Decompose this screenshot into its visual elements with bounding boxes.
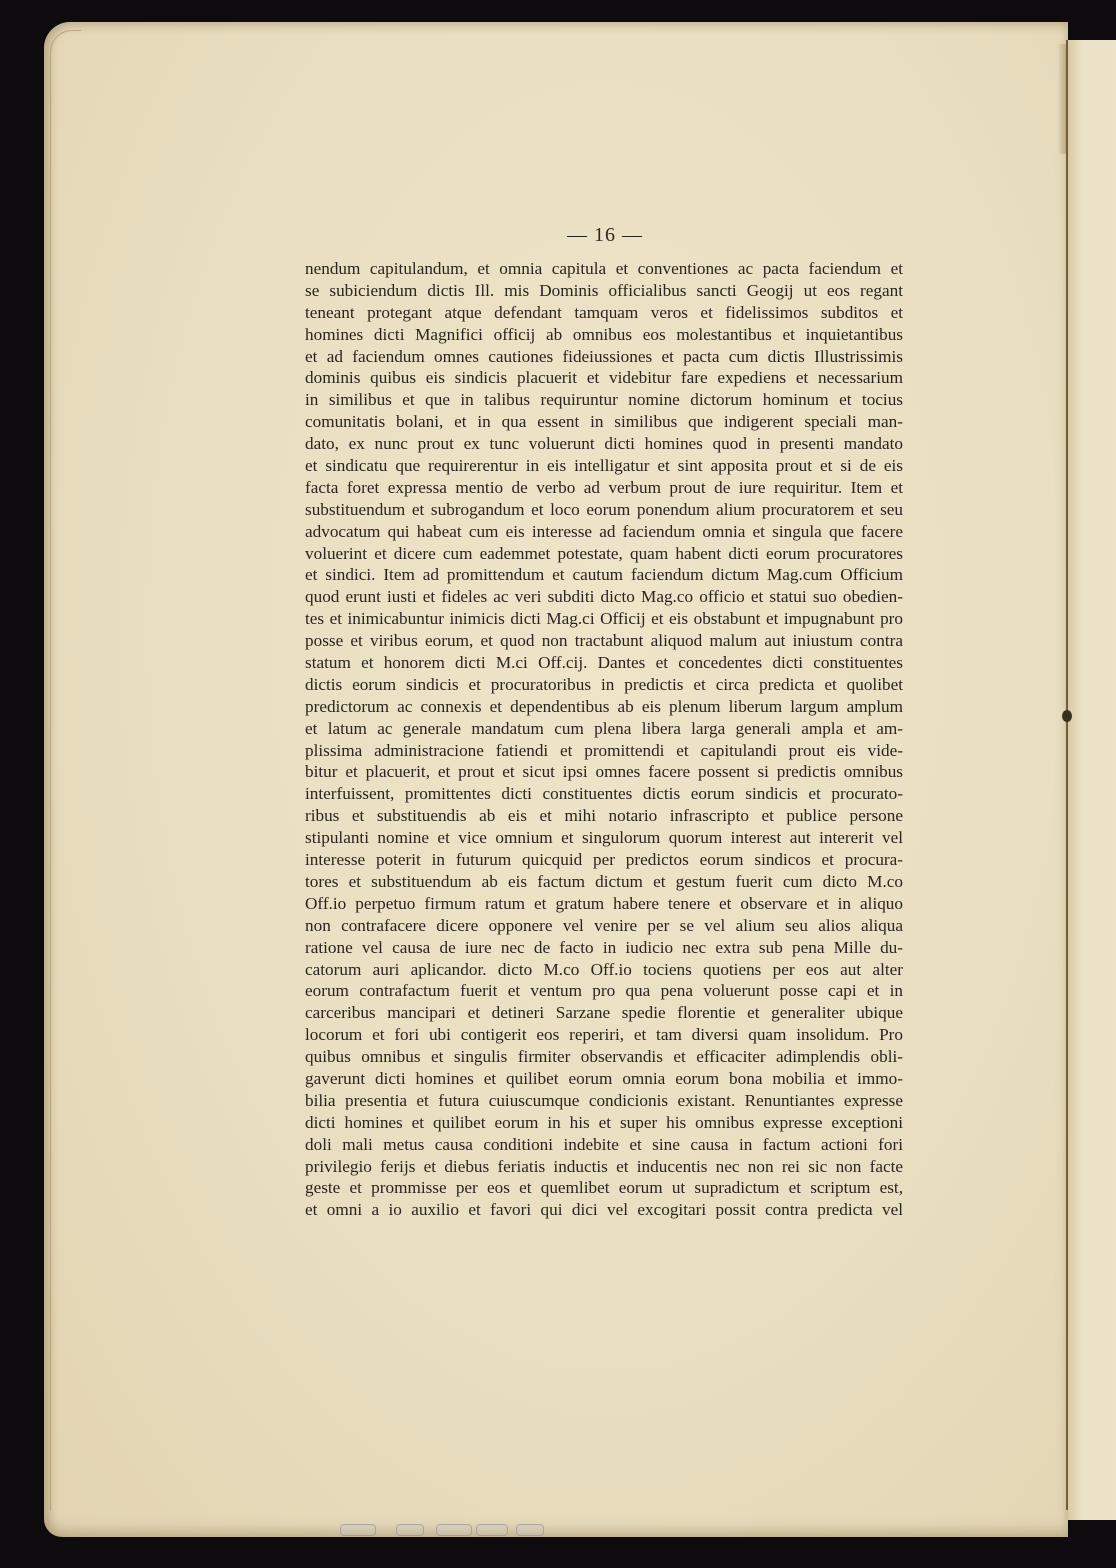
text-line: Off.io perpetuo firmum ratum et gratum h…: [305, 893, 903, 915]
text-line: ratione vel causa de iure nec de facto i…: [305, 937, 903, 959]
text-line: privilegio ferijs et diebus feriatis ind…: [305, 1156, 903, 1178]
text-line: gaverunt dicti homines et quilibet eorum…: [305, 1068, 903, 1090]
text-line: comunitatis bolani, et in qua essent in …: [305, 411, 903, 433]
text-line: se subiciendum dictis Ill. mis Dominis o…: [305, 280, 903, 302]
text-line: bilia presentia et futura cuiuscumque co…: [305, 1090, 903, 1112]
tape-mark: [396, 1524, 424, 1536]
text-line: dominis quibus eis sindicis placuerit et…: [305, 367, 903, 389]
text-line: bitur et placuerit, et prout et sicut ip…: [305, 761, 903, 783]
text-line: statum et honorem dicti M.ci Off.cij. Da…: [305, 652, 903, 674]
adjacent-page-edge: [1068, 40, 1116, 1520]
text-line: et ad faciendum omnes cautiones fideiuss…: [305, 346, 903, 368]
text-line: catorum auri aplicandor. dicto M.co Off.…: [305, 959, 903, 981]
text-line: in similibus et que in talibus requirunt…: [305, 389, 903, 411]
text-line: quod erunt iusti et fideles ac veri subd…: [305, 586, 903, 608]
text-line: facta foret expressa mentio de verbo ad …: [305, 477, 903, 499]
text-line: et sindicatu que requirerentur in eis in…: [305, 455, 903, 477]
tape-mark: [476, 1524, 508, 1536]
tape-mark: [340, 1524, 376, 1536]
text-line: locorum et fori ubi contigerit eos reper…: [305, 1024, 903, 1046]
page-edge-crease: [50, 30, 81, 1511]
tape-mark: [436, 1524, 472, 1536]
text-line: non contrafacere dicere opponere vel ven…: [305, 915, 903, 937]
text-line: ribus et substituendis ab eis et mihi no…: [305, 805, 903, 827]
text-line: voluerint et dicere cum eademmet potesta…: [305, 543, 903, 565]
text-line: et sindici. Item ad promittendum et caut…: [305, 564, 903, 586]
binding-gutter: [1066, 40, 1068, 1510]
text-line: tores et substituendum ab eis factum dic…: [305, 871, 903, 893]
binding-hole: [1062, 710, 1072, 722]
text-line: quibus omnibus et singulis firmiter obse…: [305, 1046, 903, 1068]
tape-mark: [516, 1524, 544, 1536]
text-line: teneant protegant atque defendant tamqua…: [305, 302, 903, 324]
text-line: predictorum ac connexis et dependentibus…: [305, 696, 903, 718]
text-line: dicti homines et quilibet eorum in his e…: [305, 1112, 903, 1134]
text-line: advocatum qui habeat cum eis interesse a…: [305, 521, 903, 543]
text-line: homines dicti Magnifici officij ab omnib…: [305, 324, 903, 346]
text-line: stipulanti nomine et vice omnium et sing…: [305, 827, 903, 849]
page-number: — 16 —: [540, 224, 670, 247]
text-line: dictis eorum sindicis et procuratoribus …: [305, 674, 903, 696]
text-line: nendum capitulandum, et omnia capitula e…: [305, 258, 903, 280]
text-line: et latum ac generale mandatum cum plena …: [305, 718, 903, 740]
text-line: eorum contrafactum fuerit et ventum pro …: [305, 980, 903, 1002]
text-line: interfuissent, promittentes dicti consti…: [305, 783, 903, 805]
text-line: geste et prommisse per eos et quemlibet …: [305, 1177, 903, 1199]
text-line: interesse poterit in futurum quicquid pe…: [305, 849, 903, 871]
text-line: substituendum et subrogandum et loco eor…: [305, 499, 903, 521]
text-line: doli mali metus causa conditioni indebit…: [305, 1134, 903, 1156]
text-line: dato, ex nunc prout ex tunc voluerunt di…: [305, 433, 903, 455]
text-line: et omni a io auxilio et favori qui dici …: [305, 1199, 903, 1221]
text-line: tes et inimicabuntur inimicis dicti Mag.…: [305, 608, 903, 630]
body-text: nendum capitulandum, et omnia capitula e…: [305, 258, 903, 1221]
text-line: carceribus mancipari et detineri Sarzane…: [305, 1002, 903, 1024]
text-line: posse et viribus eorum, et quod non trac…: [305, 630, 903, 652]
text-line: plissima administracione fatiendi et pro…: [305, 740, 903, 762]
